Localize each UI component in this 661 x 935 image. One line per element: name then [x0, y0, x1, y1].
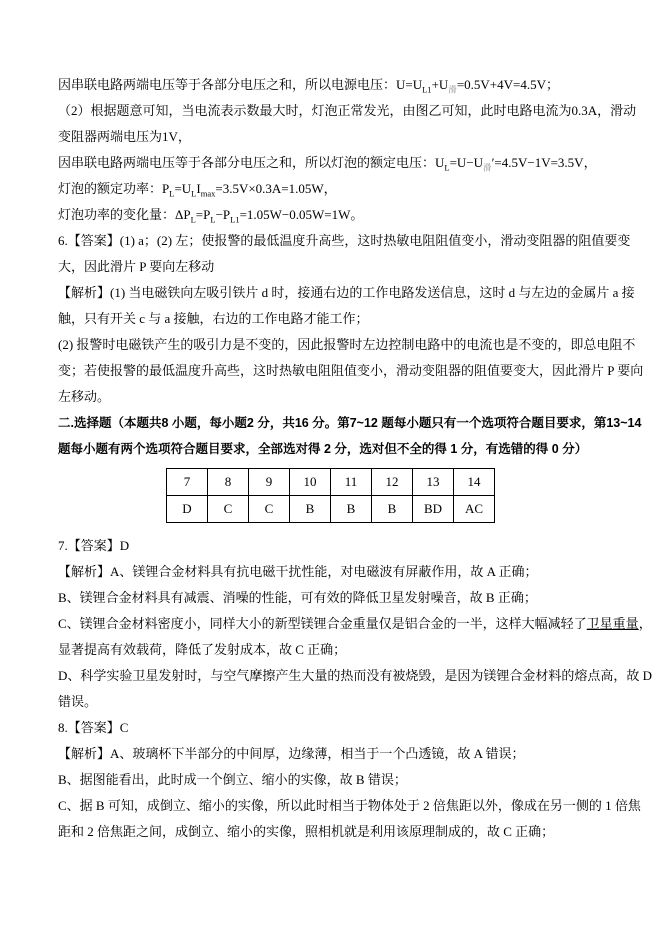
- q7-answer-line: 7.【答案】D: [58, 533, 611, 559]
- table-header-cell: 8: [208, 469, 249, 496]
- table-header-cell: 10: [290, 469, 331, 496]
- answer-table-answer-row: D C C B B B BD AC: [167, 496, 495, 523]
- q6-analysis-part2-line-3: 左移动。: [58, 384, 611, 410]
- q6-answer-line-2: 大，因此滑片 P 要向左移动: [58, 254, 611, 280]
- q5-solution-source-voltage-line: 因串联电路两端电压等于各部分电压之和，所以电源电压：U=UL1+U滑=0.5V+…: [58, 72, 611, 98]
- q6-analysis-part2-line-2: 变；若使报警的最低温度升高些，这时热敏电阻阻值变小，滑动变阻器的阻值要变大，因此…: [58, 358, 611, 384]
- answer-table-header-row: 7 8 9 10 11 12 13 14: [167, 469, 495, 496]
- q8-analysis-option-b: B、据图能看出，此时成一个倒立、缩小的实像，故 B 错误；: [58, 767, 611, 793]
- table-answer-cell: AC: [454, 496, 495, 523]
- section2-heading-line-1: 二.选择题（本题共8 小题，每小题2 分，共16 分。第7~12 题每小题只有一…: [58, 410, 611, 436]
- q6-analysis-part1-line-1: 【解析】(1) 当电磁铁向左吸引铁片 d 时，接通右边的工作电路发送信息，这时 …: [58, 280, 611, 306]
- q8-analysis-option-c-line-2: 距和 2 倍焦距之间，成倒立、缩小的实像，照相机就是利用该原理制成的，故 C 正…: [58, 819, 611, 845]
- q5-solution-part2-line-2: 变阻器两端电压为1V，: [58, 124, 611, 150]
- table-answer-cell: B: [372, 496, 413, 523]
- q5-solution-part2-line-1: （2）根据题意可知，当电流表示数最大时，灯泡正常发光，由图乙可知，此时电路电流为…: [58, 98, 611, 124]
- q5-solution-power-change-line: 灯泡功率的变化量：ΔPL=PL−PL1=1.05W−0.05W=1W。: [58, 202, 611, 228]
- table-answer-cell: BD: [413, 496, 454, 523]
- table-answer-cell: C: [249, 496, 290, 523]
- table-header-cell: 12: [372, 469, 413, 496]
- table-answer-cell: B: [290, 496, 331, 523]
- q8-answer-line: 8.【答案】C: [58, 715, 611, 741]
- section2-heading-line-2: 题每小题有两个选项符合题目要求，全部选对得 2 分，选对但不全的得 1 分，有选…: [58, 436, 611, 462]
- table-answer-cell: D: [167, 496, 208, 523]
- q5-solution-rated-voltage-line: 因串联电路两端电压等于各部分电压之和，所以灯泡的额定电压：UL=U−U滑′=4.…: [58, 150, 611, 176]
- table-answer-cell: B: [331, 496, 372, 523]
- q6-analysis-part2-line-1: (2) 报警时电磁铁产生的吸引力是不变的，因此报警时左边控制电路中的电流也是不变…: [58, 332, 611, 358]
- answer-table: 7 8 9 10 11 12 13 14 D C C B B B BD AC: [166, 468, 495, 523]
- table-header-cell: 14: [454, 469, 495, 496]
- q8-analysis-option-a: 【解析】A、玻璃杯下半部分的中间厚，边缘薄，相当于一个凸透镜，故 A 错误；: [58, 741, 611, 767]
- table-header-cell: 13: [413, 469, 454, 496]
- q5-solution-rated-power-line: 灯泡的额定功率：PL=ULImax=3.5V×0.3A=1.05W，: [58, 176, 611, 202]
- q7-analysis-option-d-line-2: 错误。: [58, 689, 611, 715]
- q8-analysis-option-c-line-1: C、据 B 可知，成倒立、缩小的实像，所以此时相当于物体处于 2 倍焦距以外，像…: [58, 793, 611, 819]
- q7-analysis-option-c-line-1: C、镁锂合金材料密度小，同样大小的新型镁锂合金重量仅是铝合金的一半，这样大幅减轻…: [58, 611, 611, 637]
- q6-answer-line-1: 6.【答案】(1) a；(2) 左；使报警的最低温度升高些，这时热敏电阻阻值变小…: [58, 228, 611, 254]
- q7-analysis-option-a: 【解析】A、镁锂合金材料具有抗电磁干扰性能，对电磁波有屏蔽作用，故 A 正确；: [58, 559, 611, 585]
- q7-analysis-option-d-line-1: D、科学实验卫星发射时，与空气摩擦产生大量的热而没有被烧毁，是因为镁锂合金材料的…: [58, 663, 611, 689]
- q6-analysis-part1-line-2: 触，只有开关 c 与 a 接触，右边的工作电路才能工作；: [58, 306, 611, 332]
- table-header-cell: 7: [167, 469, 208, 496]
- q7-analysis-option-b: B、镁锂合金材料具有减震、消噪的性能，可有效的降低卫星发射噪音，故 B 正确；: [58, 585, 611, 611]
- table-answer-cell: C: [208, 496, 249, 523]
- document-page: 因串联电路两端电压等于各部分电压之和，所以电源电压：U=UL1+U滑=0.5V+…: [0, 0, 661, 935]
- q7-analysis-option-c-line-2: 显著提高有效载荷，降低了发射成本，故 C 正确；: [58, 637, 611, 663]
- table-header-cell: 11: [331, 469, 372, 496]
- table-header-cell: 9: [249, 469, 290, 496]
